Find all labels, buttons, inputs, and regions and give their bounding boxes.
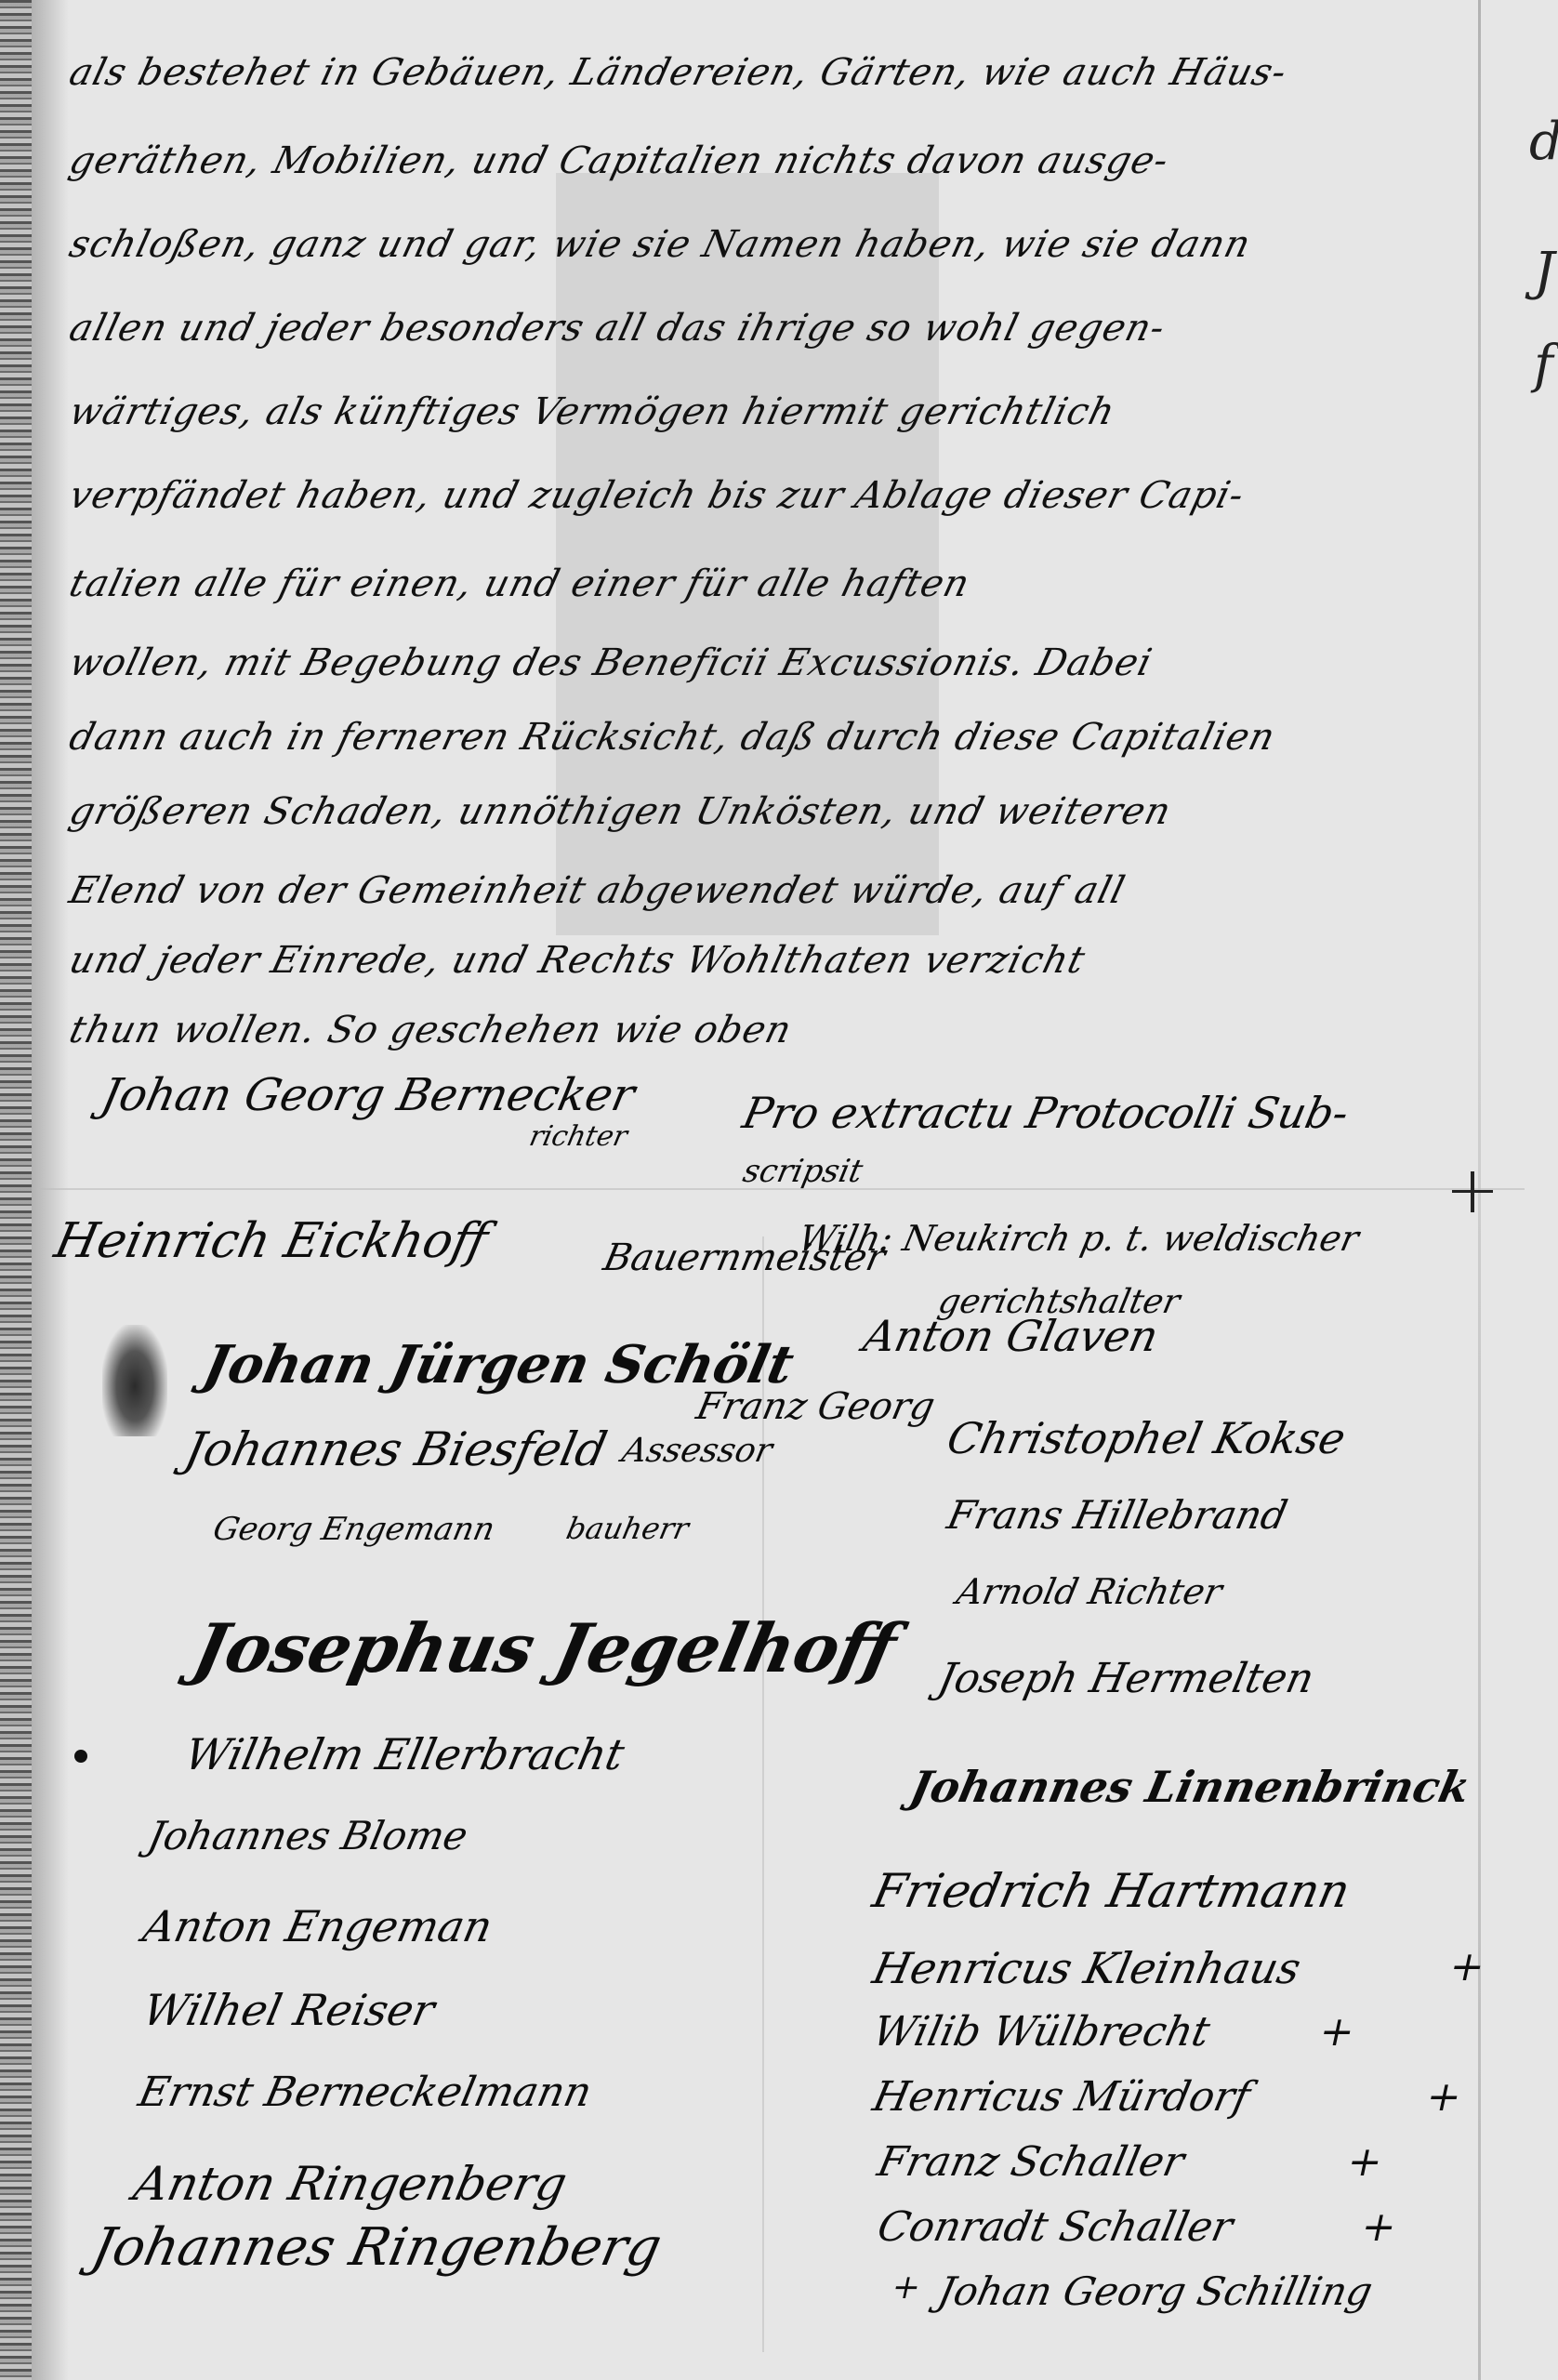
signature-right-1: Anton Glaven xyxy=(859,1311,1162,1361)
body-line-7: talien alle für einen, und einer für all… xyxy=(65,562,974,605)
signature-left-5: Georg Engemann xyxy=(210,1511,498,1548)
signature-left-7: Wilhelm Ellerbracht xyxy=(180,1729,628,1779)
attestation-line-1: Pro extractu Protocolli Sub- xyxy=(738,1088,1353,1138)
signature-left-1-role: richter xyxy=(526,1120,630,1153)
registration-cross-mark-icon xyxy=(1452,1171,1493,1212)
signature-left-4-role: Assessor xyxy=(619,1432,776,1470)
cross-mark-icon: + xyxy=(1343,2138,1388,2186)
signature-right-9: Henricus Kleinhaus xyxy=(868,1943,1305,1993)
signature-left-5-role: bauherr xyxy=(563,1511,692,1546)
margin-fragment-1: d xyxy=(1529,112,1558,172)
body-line-1: als bestehet in Gebäuen, Ländereien, Gär… xyxy=(65,51,1291,94)
body-line-11: Elend von der Gemeinheit abgewendet würd… xyxy=(65,869,1129,912)
signature-right-10: Wilib Wülbrecht xyxy=(869,2008,1214,2056)
body-line-9: dann auch in ferneren Rücksicht, daß dur… xyxy=(65,716,1280,759)
signature-right-8: Friedrich Hartmann xyxy=(868,1864,1355,1918)
signature-left-2-role: Bauernmeister xyxy=(600,1236,889,1279)
body-line-3: schloßen, ganz und gar, wie sie Namen ha… xyxy=(65,223,1255,266)
body-line-12: und jeder Einrede, und Rechts Wohlthaten… xyxy=(65,939,1089,982)
body-line-4: allen und jeder besonders all das ihrige… xyxy=(65,307,1169,350)
margin-fragment-2: J xyxy=(1534,242,1554,302)
cross-mark-icon: + xyxy=(1315,2008,1360,2056)
body-line-2: geräthen, Mobilien, und Capitalien nicht… xyxy=(65,139,1173,182)
signature-right-5: Arnold Richter xyxy=(953,1571,1225,1612)
signature-right-2: Franz Georg xyxy=(693,1385,938,1428)
signature-right-14: Johan Georg Schilling xyxy=(934,2268,1377,2314)
signature-left-10: Wilhel Reiser xyxy=(139,1985,439,2035)
page-left-edge-shadow xyxy=(0,0,32,2380)
document-page: als bestehet in Gebäuen, Ländereien, Gär… xyxy=(0,0,1558,2380)
signature-right-11: Henricus Mürdorf xyxy=(869,2073,1255,2121)
body-line-8: wollen, mit Begebung des Beneficii Excus… xyxy=(65,641,1156,684)
signature-left-6: Josephus Jegelhoff xyxy=(187,1608,903,1687)
signature-right-6: Joseph Hermelten xyxy=(934,1655,1318,1702)
cross-mark-icon: + xyxy=(1422,2073,1467,2121)
signature-right-12: Franz Schaller xyxy=(874,2138,1189,2186)
signature-left-4: Johannes Biesfeld xyxy=(180,1422,612,1476)
signature-left-9: Anton Engeman xyxy=(139,1901,496,1951)
signature-left-1: Johan Georg Bernecker xyxy=(97,1069,640,1121)
body-line-13: thun wollen. So geschehen wie oben xyxy=(65,1009,797,1051)
body-line-6: verpfändet haben, und zugleich bis zur A… xyxy=(65,474,1248,517)
ink-dot xyxy=(74,1750,87,1763)
signature-right-7: Johannes Linnenbrinck xyxy=(905,1762,1474,1812)
cross-mark-icon: + xyxy=(889,2268,925,2307)
signature-right-13: Conradt Schaller xyxy=(874,2203,1237,2251)
page-left-edge-gradient xyxy=(32,0,69,2380)
ink-blot xyxy=(102,1325,167,1436)
body-line-5: wärtiges, als künftiges Vermögen hiermit… xyxy=(65,390,1119,433)
signature-left-11: Ernst Berneckelmann xyxy=(135,2069,596,2116)
attestation-line-2: scripsit xyxy=(740,1153,866,1190)
signature-left-12: Anton Ringenberg xyxy=(129,2157,572,2211)
signature-left-8: Johannes Blome xyxy=(144,1813,472,1858)
signature-right-4: Frans Hillebrand xyxy=(944,1492,1291,1538)
margin-fragment-3: f xyxy=(1534,335,1553,395)
cross-mark-icon: + xyxy=(1357,2203,1402,2251)
signature-right-3: Christophel Kokse xyxy=(943,1413,1350,1463)
cross-mark-icon: + xyxy=(1446,1943,1490,1990)
signature-left-2: Heinrich Eickhoff xyxy=(50,1213,493,1269)
body-line-10: größeren Schaden, unnöthigen Unkösten, u… xyxy=(65,790,1176,833)
signature-left-13: Johannes Ringenberg xyxy=(86,2217,667,2278)
